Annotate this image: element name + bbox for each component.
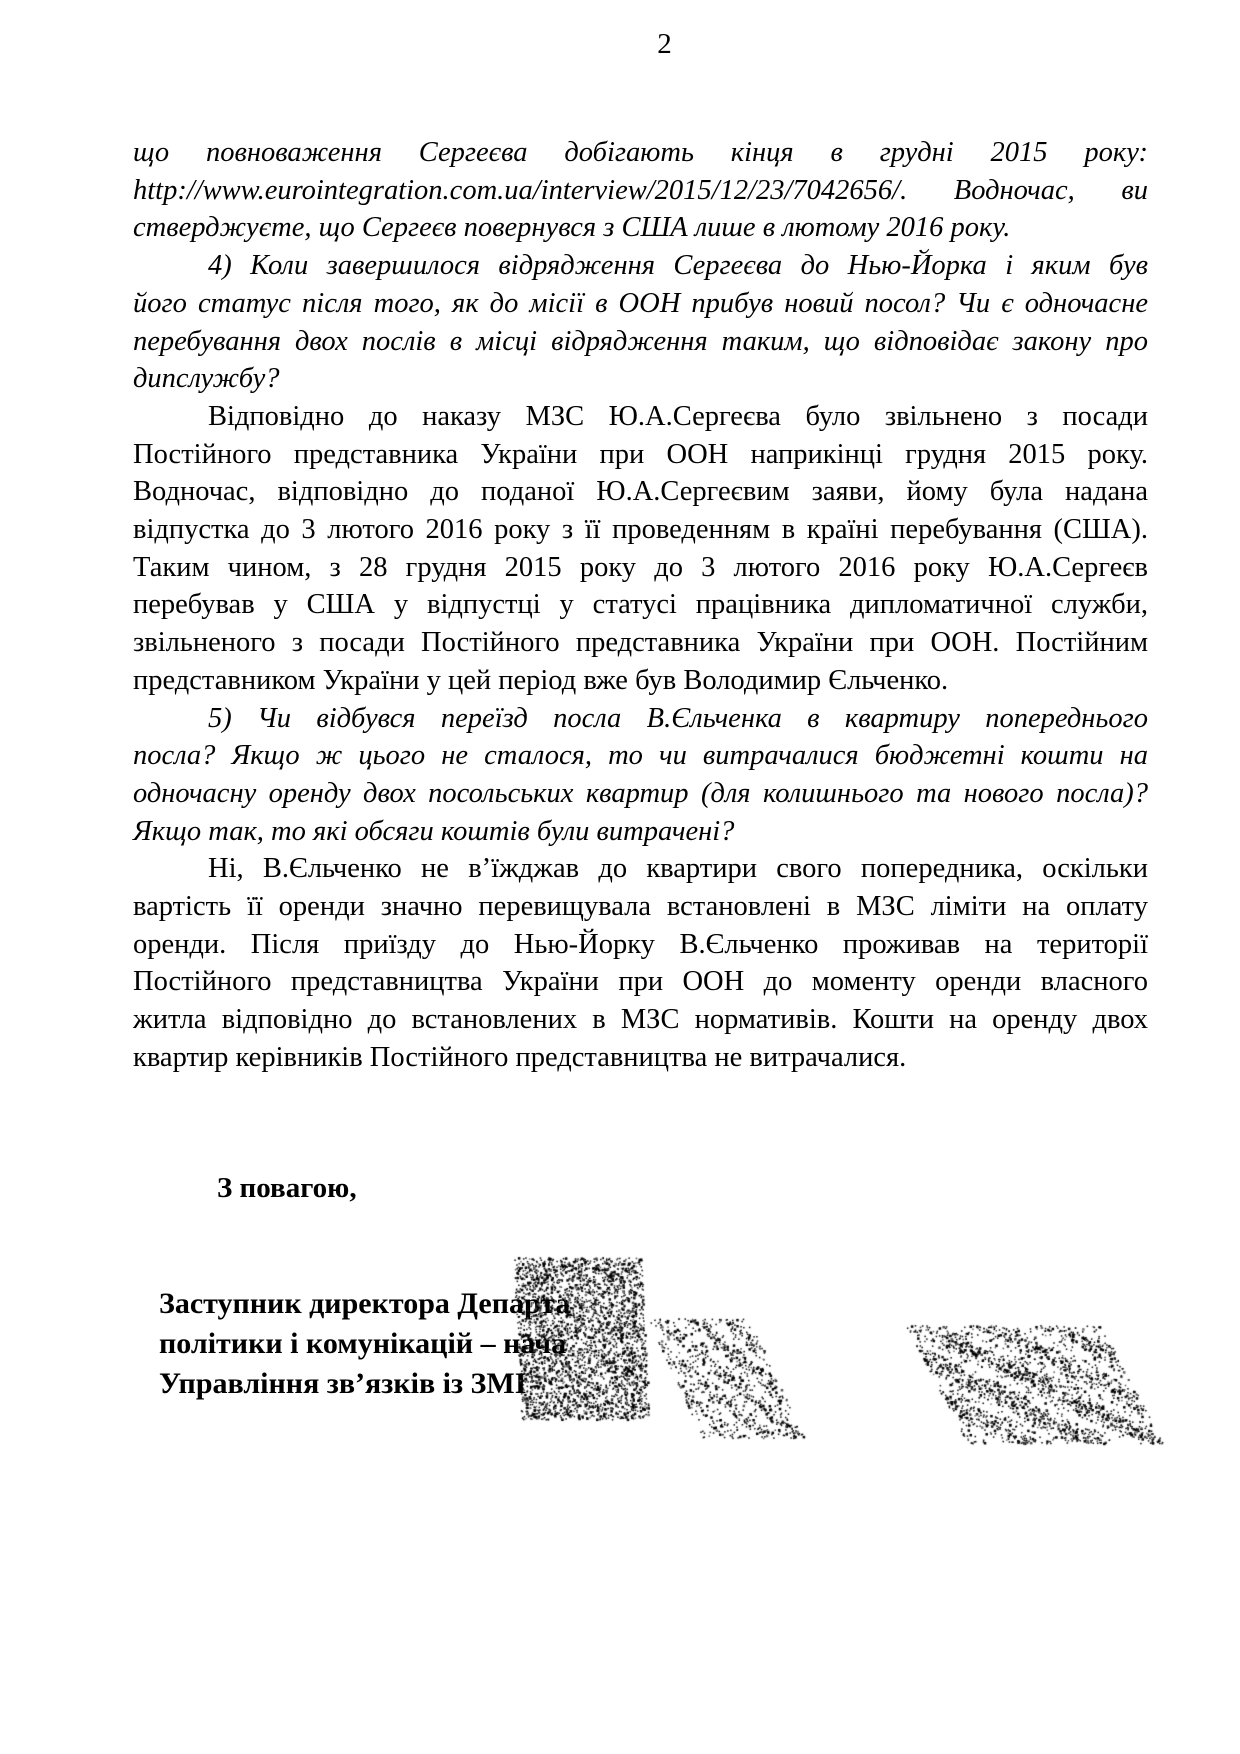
signature-title-line-2: політики і комунікацій – нача — [159, 1324, 570, 1364]
text-line: Постійного представника України при ООН … — [133, 436, 1148, 474]
text-line: стверджуєте, що Сергеєв повернувся з США… — [133, 209, 1148, 247]
text-line: його статус після того, як до місії в ОО… — [133, 285, 1148, 323]
page-number: 2 — [133, 28, 1148, 61]
document-page: 2 що повноваження Сергеєва добігають кін… — [0, 0, 1240, 1754]
text-line: перебував у США у відпустці у статусі пр… — [133, 586, 1148, 624]
text-line: вартість її оренди значно перевищувала в… — [133, 888, 1148, 926]
paragraph: Відповідно до наказу МЗС Ю.А.Сергеєва бу… — [133, 398, 1148, 700]
text-line: Водночас, відповідно до поданої Ю.А.Серг… — [133, 473, 1148, 511]
text-line: одночасну оренду двох посольських кварти… — [133, 775, 1148, 813]
signature-title-line-3: Управління зв’язків із ЗМІ — [159, 1364, 570, 1404]
closing-salutation: З повагою, — [217, 1172, 357, 1205]
text-line: житла відповідно до встановлених в МЗС н… — [133, 1001, 1148, 1039]
text-line: що повноваження Сергеєва добігають кінця… — [133, 134, 1148, 172]
paragraph: 5) Чи відбувся переїзд посла В.Єльченка … — [133, 700, 1148, 851]
text-line: 5) Чи відбувся переїзд посла В.Єльченка … — [133, 700, 1148, 738]
text-line: оренди. Після приїзду до Нью-Йорку В.Єль… — [133, 926, 1148, 964]
text-line: дипслужбу? — [133, 360, 1148, 398]
text-line: Постійного представництва України при ОО… — [133, 963, 1148, 1001]
text-line: Ні, В.Єльченко не в’їжджав до квартири с… — [133, 850, 1148, 888]
text-line: 4) Коли завершилося відрядження Сергеєва… — [133, 247, 1148, 285]
paragraph: 4) Коли завершилося відрядження Сергеєва… — [133, 247, 1148, 398]
signature-title-line-1: Заступник директора Департа — [159, 1284, 570, 1324]
text-line: відпустка до 3 лютого 2016 року з її про… — [133, 511, 1148, 549]
paragraph: Ні, В.Єльченко не в’їжджав до квартири с… — [133, 850, 1148, 1076]
text-line: Якщо так, то які обсяги коштів були витр… — [133, 813, 1148, 851]
text-line: звільненого з посади Постійного представ… — [133, 624, 1148, 662]
signature-block: Заступник директора Департа політики і к… — [159, 1284, 570, 1404]
text-line: Таким чином, з 28 грудня 2015 року до 3 … — [133, 549, 1148, 587]
text-line: квартир керівників Постійного представни… — [133, 1039, 1148, 1077]
text-line: посла? Якщо ж цього не сталося, то чи ви… — [133, 737, 1148, 775]
text-line: представником України у цей період вже б… — [133, 662, 1148, 700]
paragraph: що повноваження Сергеєва добігають кінця… — [133, 134, 1148, 247]
document-body: що повноваження Сергеєва добігають кінця… — [133, 134, 1148, 1077]
text-line: http://www.eurointegration.com.ua/interv… — [133, 172, 1148, 210]
text-line: Відповідно до наказу МЗС Ю.А.Сергеєва бу… — [133, 398, 1148, 436]
text-line: перебування двох послів в місці відрядже… — [133, 323, 1148, 361]
